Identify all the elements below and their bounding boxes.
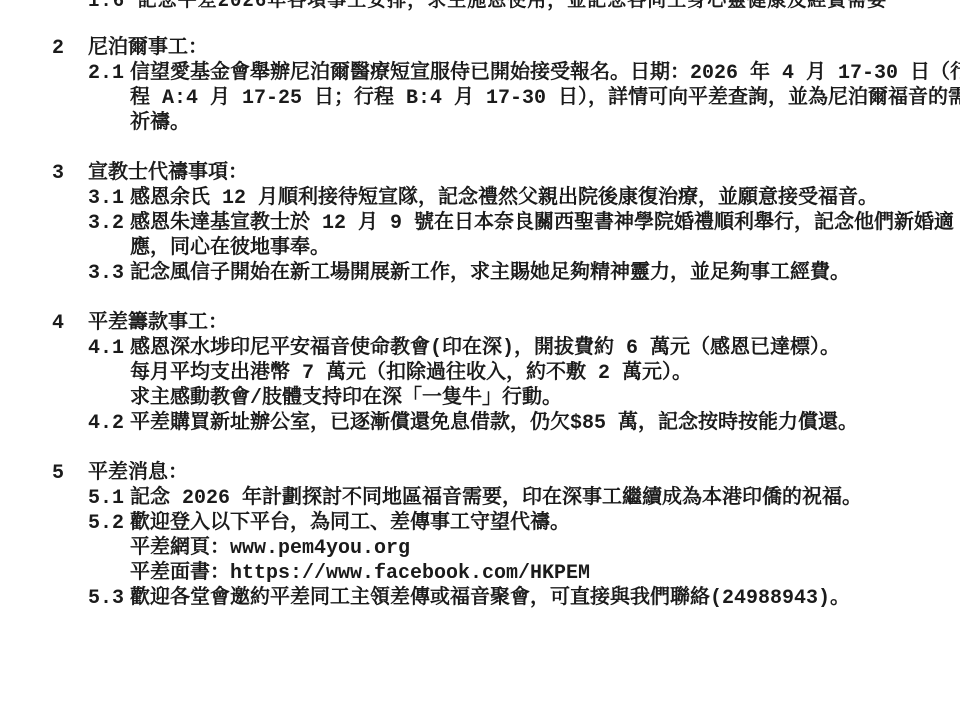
item-number: 5.3 [88,586,130,611]
item-line: 歡迎登入以下平台，為同工、差傳事工守望代禱。 [130,512,570,535]
section-title: 平差籌款事工： [88,312,228,335]
item-2-1: 2.1信望愛基金會舉辦尼泊爾醫療短宣服侍已開始接受報名。日期：2026 年 4 … [52,61,950,86]
item-line: 信望愛基金會舉辦尼泊爾醫療短宣服侍已開始接受報名。日期：2026 年 4 月 1… [130,62,960,85]
item-4-2: 4.2平差購買新址辦公室，已逐漸償還免息借款，仍欠$85 萬，記念按時按能力償還… [52,411,950,436]
item-5-2: 5.2歡迎登入以下平台，為同工、差傳事工守望代禱。 [52,511,950,536]
item-line: 平差購買新址辦公室，已逐漸償還免息借款，仍欠$85 萬，記念按時按能力償還。 [130,412,858,435]
facebook-line: 平差面書：https://www.facebook.com/HKPEM [52,561,950,586]
item-number: 5.2 [88,511,130,536]
website-line: 平差網頁：www.pem4you.org [52,536,950,561]
item-number: 4.2 [88,411,130,436]
section-title: 宣教士代禱事項： [88,162,248,185]
item-line: 感恩余氏 12 月順利接待短宣隊，記念禮然父親出院後康復治療，並願意接受福音。 [130,187,878,210]
section-number: 3 [52,161,88,186]
item-line: 每月平均支出港幣 7 萬元（扣除過往收入，約不敷 2 萬元）。 [52,361,950,386]
section-title: 尼泊爾事工： [88,37,208,60]
section-fundraising: 4平差籌款事工： 4.1感恩深水埗印尼平安福音使命教會(印在深)，開拔費約 6 … [52,311,950,436]
section-number: 4 [52,311,88,336]
item-number: 3.2 [88,211,130,236]
clipped-top-line: 1.6 記念平差2026年各項事工安排，求主施恩使用，並記念各同工身心靈健康及經… [88,0,887,12]
item-number: 3.3 [88,261,130,286]
item-number: 5.1 [88,486,130,511]
item-line: 程 A:4 月 17-25 日；行程 B:4 月 17-30 日），詳情可向平差… [52,86,950,111]
item-line: 感恩朱達基宣教士於 12 月 9 號在日本奈良關西聖書神學院婚禮順利舉行，記念他… [130,212,954,235]
section-missionary-prayer: 3宣教士代禱事項： 3.1感恩余氏 12 月順利接待短宣隊，記念禮然父親出院後康… [52,161,950,286]
item-5-3: 5.3歡迎各堂會邀約平差同工主領差傳或福音聚會，可直接與我們聯絡(2498894… [52,586,950,611]
section-title: 平差消息： [88,462,188,485]
item-line: 感恩深水埗印尼平安福音使命教會(印在深)，開拔費約 6 萬元（感恩已達標）。 [130,337,840,360]
item-5-1: 5.1記念 2026 年計劃探討不同地區福音需要，印在深事工繼續成為本港印僑的祝… [52,486,950,511]
item-line: 歡迎各堂會邀約平差同工主領差傳或福音聚會，可直接與我們聯絡(24988943)。 [130,587,850,610]
section-heading: 2尼泊爾事工： [52,36,950,61]
item-3-1: 3.1感恩余氏 12 月順利接待短宣隊，記念禮然父親出院後康復治療，並願意接受福… [52,186,950,211]
item-number: 3.1 [88,186,130,211]
document-page: 1.6 記念平差2026年各項事工安排，求主施恩使用，並記念各同工身心靈健康及經… [0,0,960,720]
item-line: 記念風信子開始在新工場開展新工作，求主賜她足夠精神靈力，並足夠事工經費。 [130,262,850,285]
item-4-1: 4.1感恩深水埗印尼平安福音使命教會(印在深)，開拔費約 6 萬元（感恩已達標）… [52,336,950,361]
item-3-3: 3.3記念風信子開始在新工場開展新工作，求主賜她足夠精神靈力，並足夠事工經費。 [52,261,950,286]
section-heading: 5平差消息： [52,461,950,486]
section-number: 2 [52,36,88,61]
item-line: 記念 2026 年計劃探討不同地區福音需要，印在深事工繼續成為本港印僑的祝福。 [130,487,862,510]
section-heading: 3宣教士代禱事項： [52,161,950,186]
section-number: 5 [52,461,88,486]
item-3-2: 3.2感恩朱達基宣教士於 12 月 9 號在日本奈良關西聖書神學院婚禮順利舉行，… [52,211,950,236]
item-number: 2.1 [88,61,130,86]
section-nepal-ministry: 2尼泊爾事工： 2.1信望愛基金會舉辦尼泊爾醫療短宣服侍已開始接受報名。日期：2… [52,36,950,136]
item-number: 4.1 [88,336,130,361]
section-news: 5平差消息： 5.1記念 2026 年計劃探討不同地區福音需要，印在深事工繼續成… [52,461,950,611]
item-line: 應，同心在彼地事奉。 [52,236,950,261]
item-line: 祈禱。 [52,111,950,136]
section-heading: 4平差籌款事工： [52,311,950,336]
item-line: 求主感動教會/肢體支持印在深「一隻牛」行動。 [52,386,950,411]
